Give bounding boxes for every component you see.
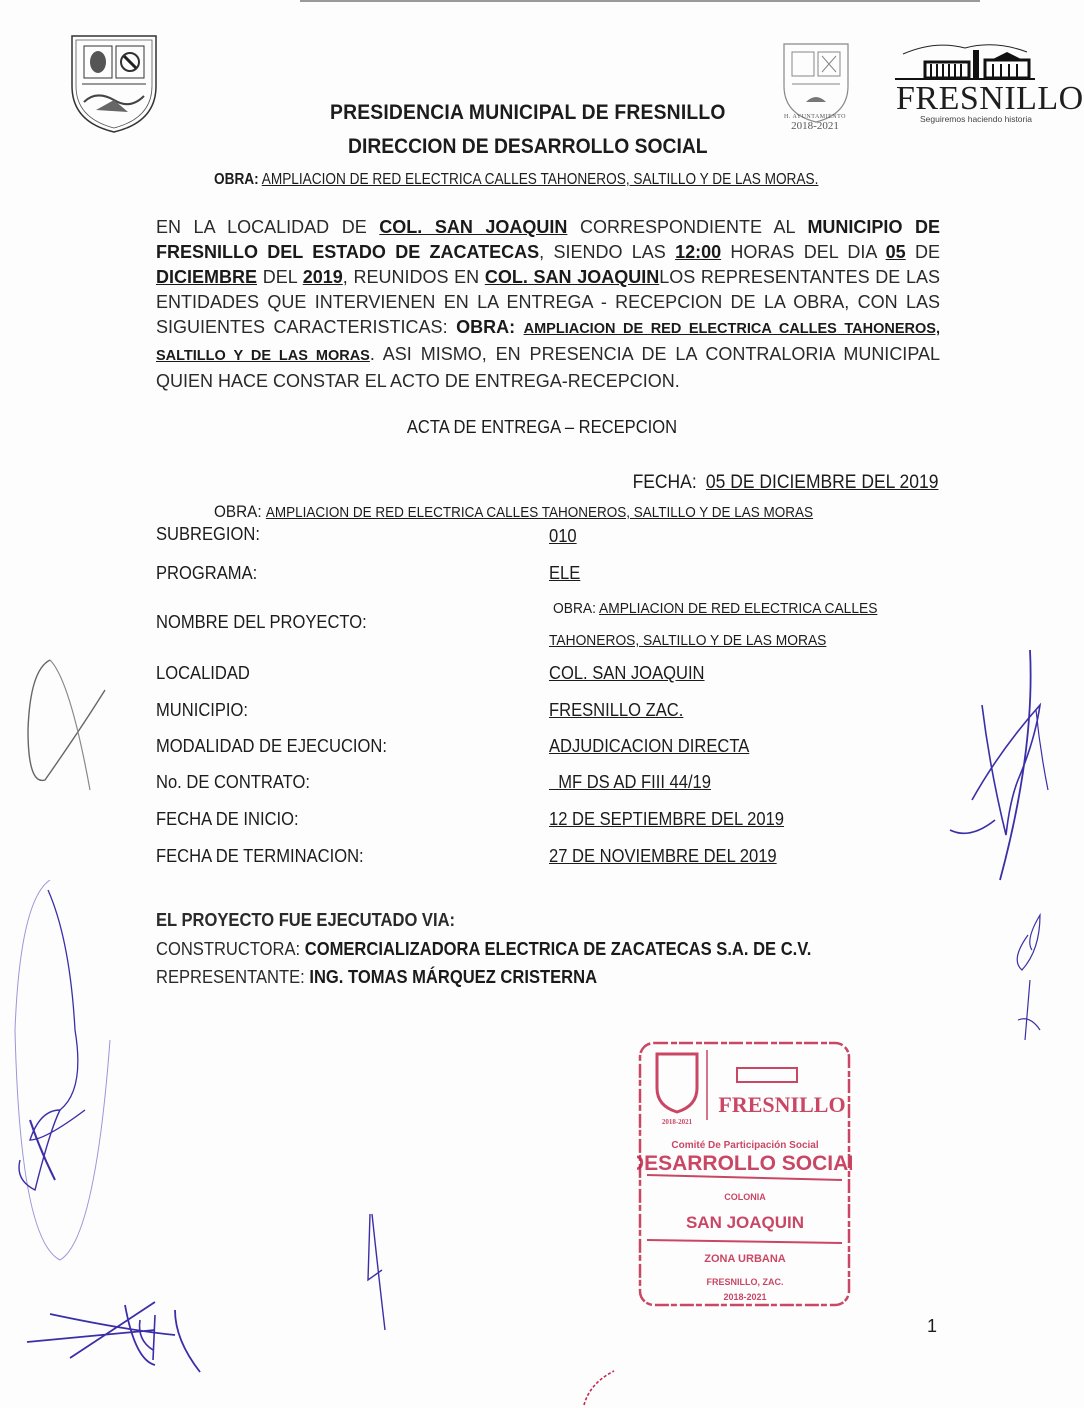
intro-hora: 12:00	[675, 242, 721, 262]
execution-constructora: CONSTRUCTORA: COMERCIALIZADORA ELECTRICA…	[156, 939, 811, 960]
intro-anio: 2019	[303, 267, 343, 287]
field-value-fecha-inicio: 12 DE SEPTIEMBRE DEL 2019	[549, 809, 784, 830]
scan-top-edge	[300, 0, 980, 2]
field-value-subregion: 010	[549, 526, 577, 547]
field-value-contrato: MF DS AD FIII 44/19	[549, 772, 711, 793]
header-obra: OBRA: AMPLIACION DE RED ELECTRICA CALLES…	[214, 171, 818, 189]
signature-bottom-center	[360, 1210, 390, 1340]
header-title: PRESIDENCIA MUNICIPAL DE FRESNILLO	[330, 101, 726, 125]
field-label-modalidad: MODALIDAD DE EJECUCION:	[156, 736, 387, 757]
acta-fecha-value: 05 DE DICIEMBRE DEL 2019	[705, 472, 938, 493]
ayuntamiento-caption: H. AYUNTAMIENTO 2018-2021	[760, 114, 870, 132]
field-value-localidad: COL. SAN JOAQUIN	[549, 663, 705, 684]
svg-text:2018-2021: 2018-2021	[723, 1292, 766, 1302]
svg-text:DESARROLLO SOCIAL: DESARROLLO SOCIAL	[637, 1152, 852, 1175]
fresnillo-brand-name: FRESNILLO	[896, 80, 1084, 118]
red-ink-mark	[580, 1365, 620, 1408]
signature-left-middle	[0, 880, 120, 1280]
svg-text:2018-2021: 2018-2021	[662, 1118, 693, 1126]
intro-mes: DICIEMBRE	[156, 267, 257, 287]
field-label-nombre-proyecto: NOMBRE DEL PROYECTO:	[156, 612, 367, 633]
svg-text:FRESNILLO: FRESNILLO	[718, 1092, 845, 1117]
intro-localidad: COL. SAN JOAQUIN	[379, 217, 567, 237]
municipal-crest-left	[66, 30, 162, 134]
field-value-municipio: FRESNILLO ZAC.	[549, 700, 683, 721]
field-value-programa: ELE	[549, 563, 580, 584]
field-label-fecha-terminacion: FECHA DE TERMINACION:	[156, 846, 364, 867]
field-label-programa: PROGRAMA:	[156, 563, 257, 584]
field-label-contrato: No. DE CONTRATO:	[156, 772, 310, 793]
representante-name: ING. TOMAS MÁRQUEZ CRISTERNA	[309, 967, 597, 987]
svg-text:FRESNILLO, ZAC.: FRESNILLO, ZAC.	[707, 1277, 784, 1287]
intro-lugar: COL. SAN JOAQUIN	[485, 267, 659, 287]
acta-obra: OBRA: AMPLIACION DE RED ELECTRICA CALLES…	[214, 502, 813, 522]
field-label-subregion: SUBREGION:	[156, 524, 260, 545]
execution-representante: REPRESENTANTE: ING. TOMAS MÁRQUEZ CRISTE…	[156, 967, 597, 988]
field-value-nombre-proyecto-line2: TAHONEROS, SALTILLO Y DE LAS MORAS	[549, 632, 826, 649]
acta-obra-value: AMPLIACION DE RED ELECTRICA CALLES TAHON…	[266, 504, 813, 521]
acta-title: ACTA DE ENTREGA – RECEPCION	[43, 417, 1040, 438]
intro-paragraph: EN LA LOCALIDAD DE COL. SAN JOAQUIN CORR…	[156, 215, 940, 394]
svg-text:COLONIA: COLONIA	[724, 1192, 766, 1202]
committee-stamp: FRESNILLO 2018-2021 Comité De Participac…	[637, 1040, 852, 1308]
signature-bottom-left	[25, 1300, 205, 1380]
intro-dia: 05	[886, 242, 906, 262]
field-label-municipio: MUNICIPIO:	[156, 700, 248, 721]
field-value-modalidad: ADJUDICACION DIRECTA	[549, 736, 749, 757]
execution-heading: EL PROYECTO FUE EJECUTADO VIA:	[156, 910, 455, 931]
signature-right	[940, 650, 1060, 1050]
signature-left-upper	[10, 650, 120, 800]
header-subtitle: DIRECCION DE DESARROLLO SOCIAL	[330, 135, 726, 159]
field-value-fecha-terminacion: 27 DE NOVIEMBRE DEL 2019	[549, 846, 777, 867]
ayuntamiento-crest	[780, 40, 852, 124]
fresnillo-brand-tagline: Seguiremos haciendo historia	[920, 114, 1032, 124]
header-obra-value: AMPLIACION DE RED ELECTRICA CALLES TAHON…	[262, 171, 819, 188]
constructora-name: COMERCIALIZADORA ELECTRICA DE ZACATECAS …	[305, 939, 812, 959]
svg-text:ZONA URBANA: ZONA URBANA	[704, 1253, 786, 1265]
field-label-fecha-inicio: FECHA DE INICIO:	[156, 809, 299, 830]
page-number: 1	[927, 1316, 937, 1337]
acta-fecha: FECHA:05 DE DICIEMBRE DEL 2019	[632, 472, 938, 494]
field-value-nombre-proyecto: OBRA: AMPLIACION DE RED ELECTRICA CALLES	[553, 600, 877, 617]
field-label-localidad: LOCALIDAD	[156, 663, 250, 684]
svg-text:SAN JOAQUIN: SAN JOAQUIN	[686, 1213, 804, 1232]
svg-text:Comité De Participación Social: Comité De Participación Social	[671, 1140, 818, 1151]
